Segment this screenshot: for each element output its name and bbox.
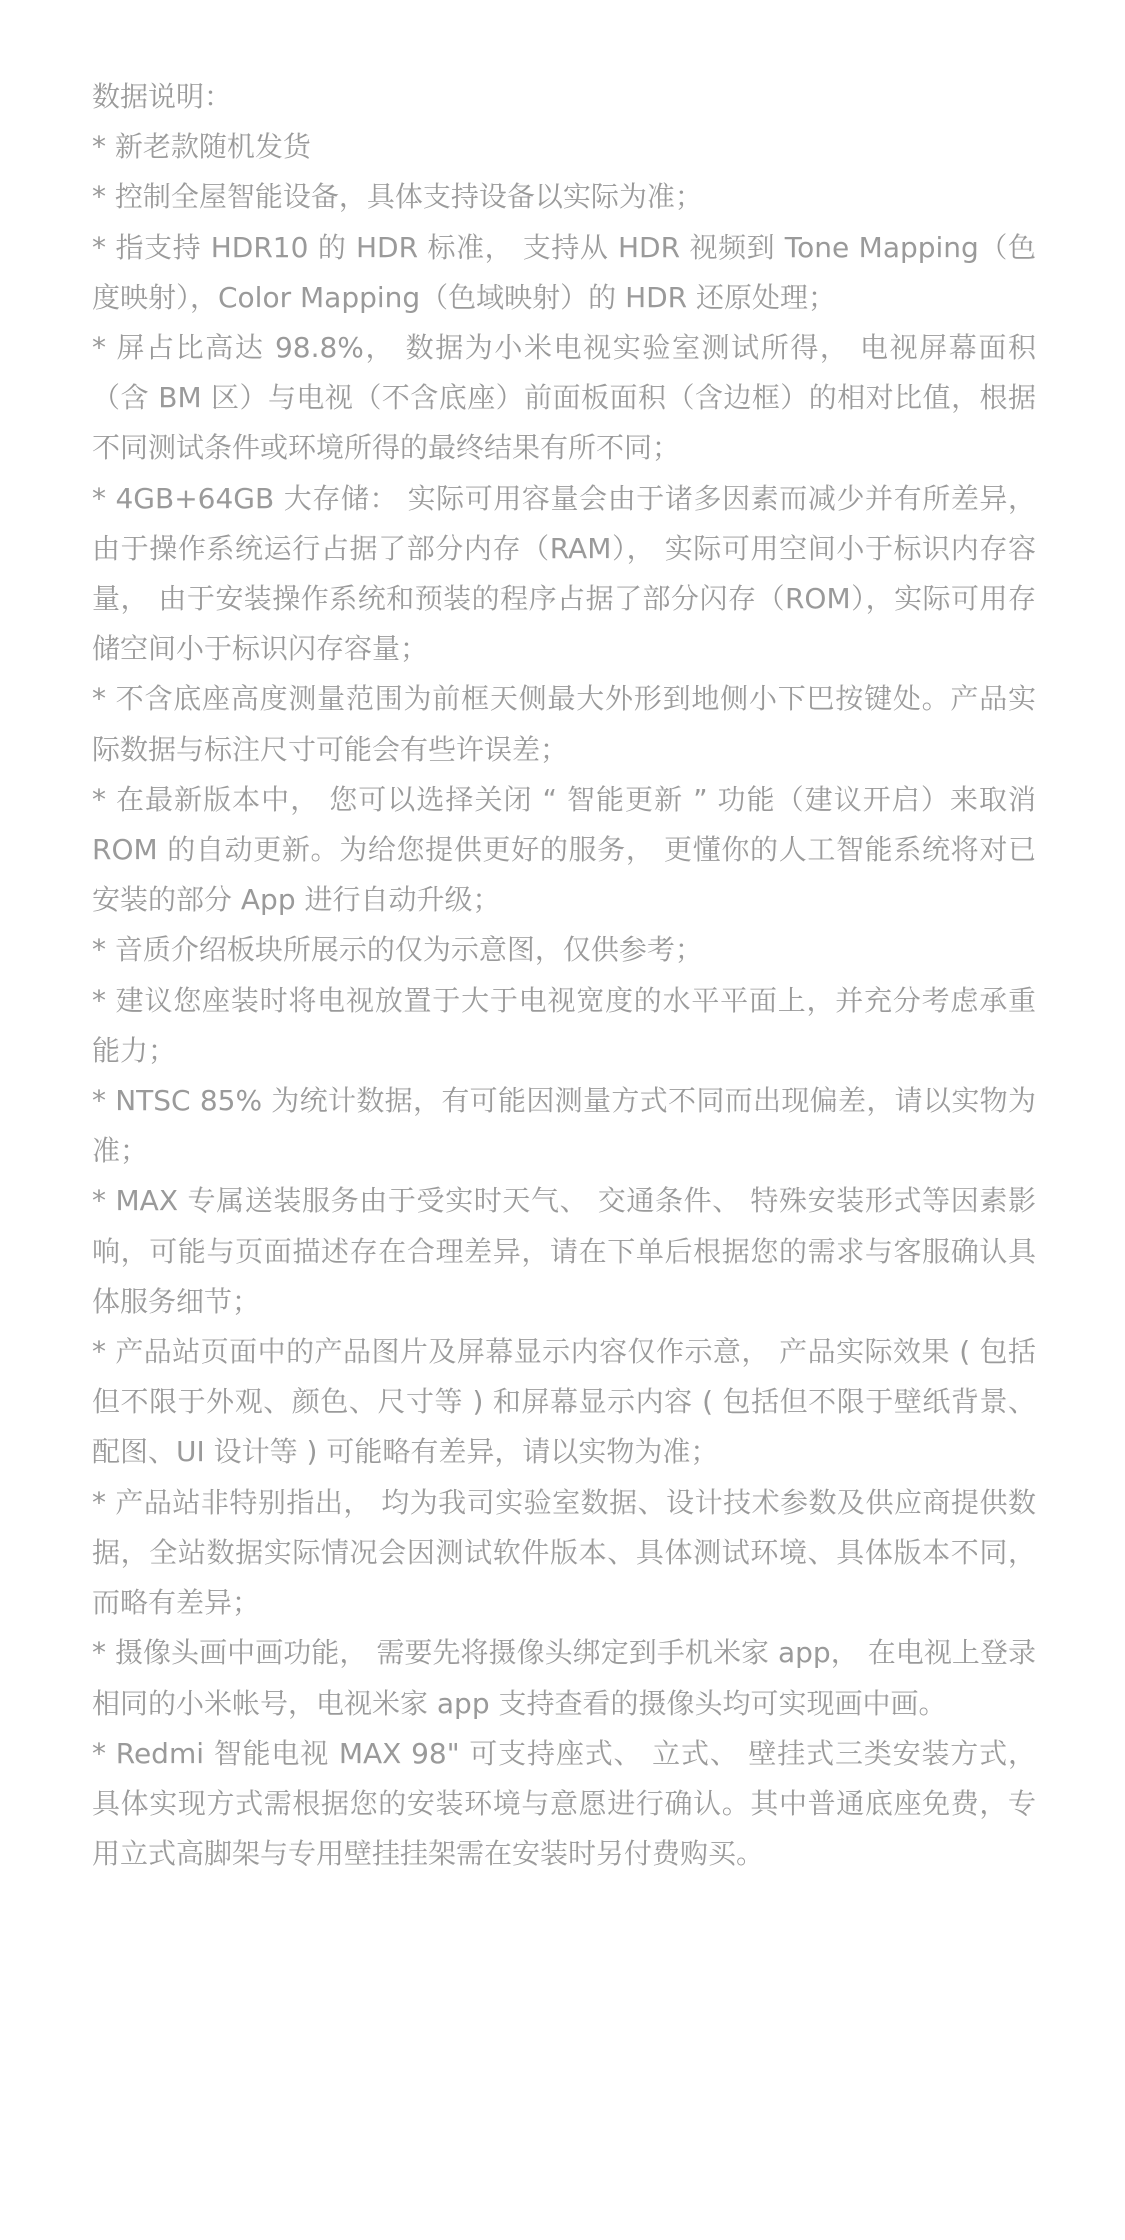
data-notes-section: 数据说明： * 新老款随机发货 * 控制全屋智能设备，具体支持设备以实际为准； … xyxy=(92,72,1036,1879)
note-item: * 在最新版本中， 您可以选择关闭 “ 智能更新 ” 功能（建议开启）来取消 R… xyxy=(92,775,1036,926)
note-item: * 不含底座高度测量范围为前框天侧最大外形到地侧小下巴按键处。产品实际数据与标注… xyxy=(92,674,1036,774)
note-item: * 摄像头画中画功能， 需要先将摄像头绑定到手机米家 app， 在电视上登录相同… xyxy=(92,1628,1036,1728)
note-item: * 指支持 HDR10 的 HDR 标准， 支持从 HDR 视频到 Tone M… xyxy=(92,223,1036,323)
notes-heading: 数据说明： xyxy=(92,72,1036,122)
note-item: * 建议您座装时将电视放置于大于电视宽度的水平平面上，并充分考虑承重能力； xyxy=(92,976,1036,1076)
note-item: * 新老款随机发货 xyxy=(92,122,1036,172)
note-item: * 产品站页面中的产品图片及屏幕显示内容仅作示意， 产品实际效果 ( 包括但不限… xyxy=(92,1327,1036,1478)
note-item: * 4GB+64GB 大存储： 实际可用容量会由于诸多因素而减少并有所差异， 由… xyxy=(92,474,1036,675)
note-item: * 音质介绍板块所展示的仅为示意图，仅供参考； xyxy=(92,925,1036,975)
note-item: * Redmi 智能电视 MAX 98" 可支持座式、 立式、 壁挂式三类安装方… xyxy=(92,1729,1036,1880)
note-item: * 控制全屋智能设备，具体支持设备以实际为准； xyxy=(92,172,1036,222)
note-item: * MAX 专属送装服务由于受实时天气、 交通条件、 特殊安装形式等因素影响，可… xyxy=(92,1176,1036,1327)
note-item: * 产品站非特别指出， 均为我司实验室数据、设计技术参数及供应商提供数据，全站数… xyxy=(92,1478,1036,1629)
note-item: * NTSC 85% 为统计数据，有可能因测量方式不同而出现偏差，请以实物为准； xyxy=(92,1076,1036,1176)
note-item: * 屏占比高达 98.8%， 数据为小米电视实验室测试所得， 电视屏幕面积（含 … xyxy=(92,323,1036,474)
